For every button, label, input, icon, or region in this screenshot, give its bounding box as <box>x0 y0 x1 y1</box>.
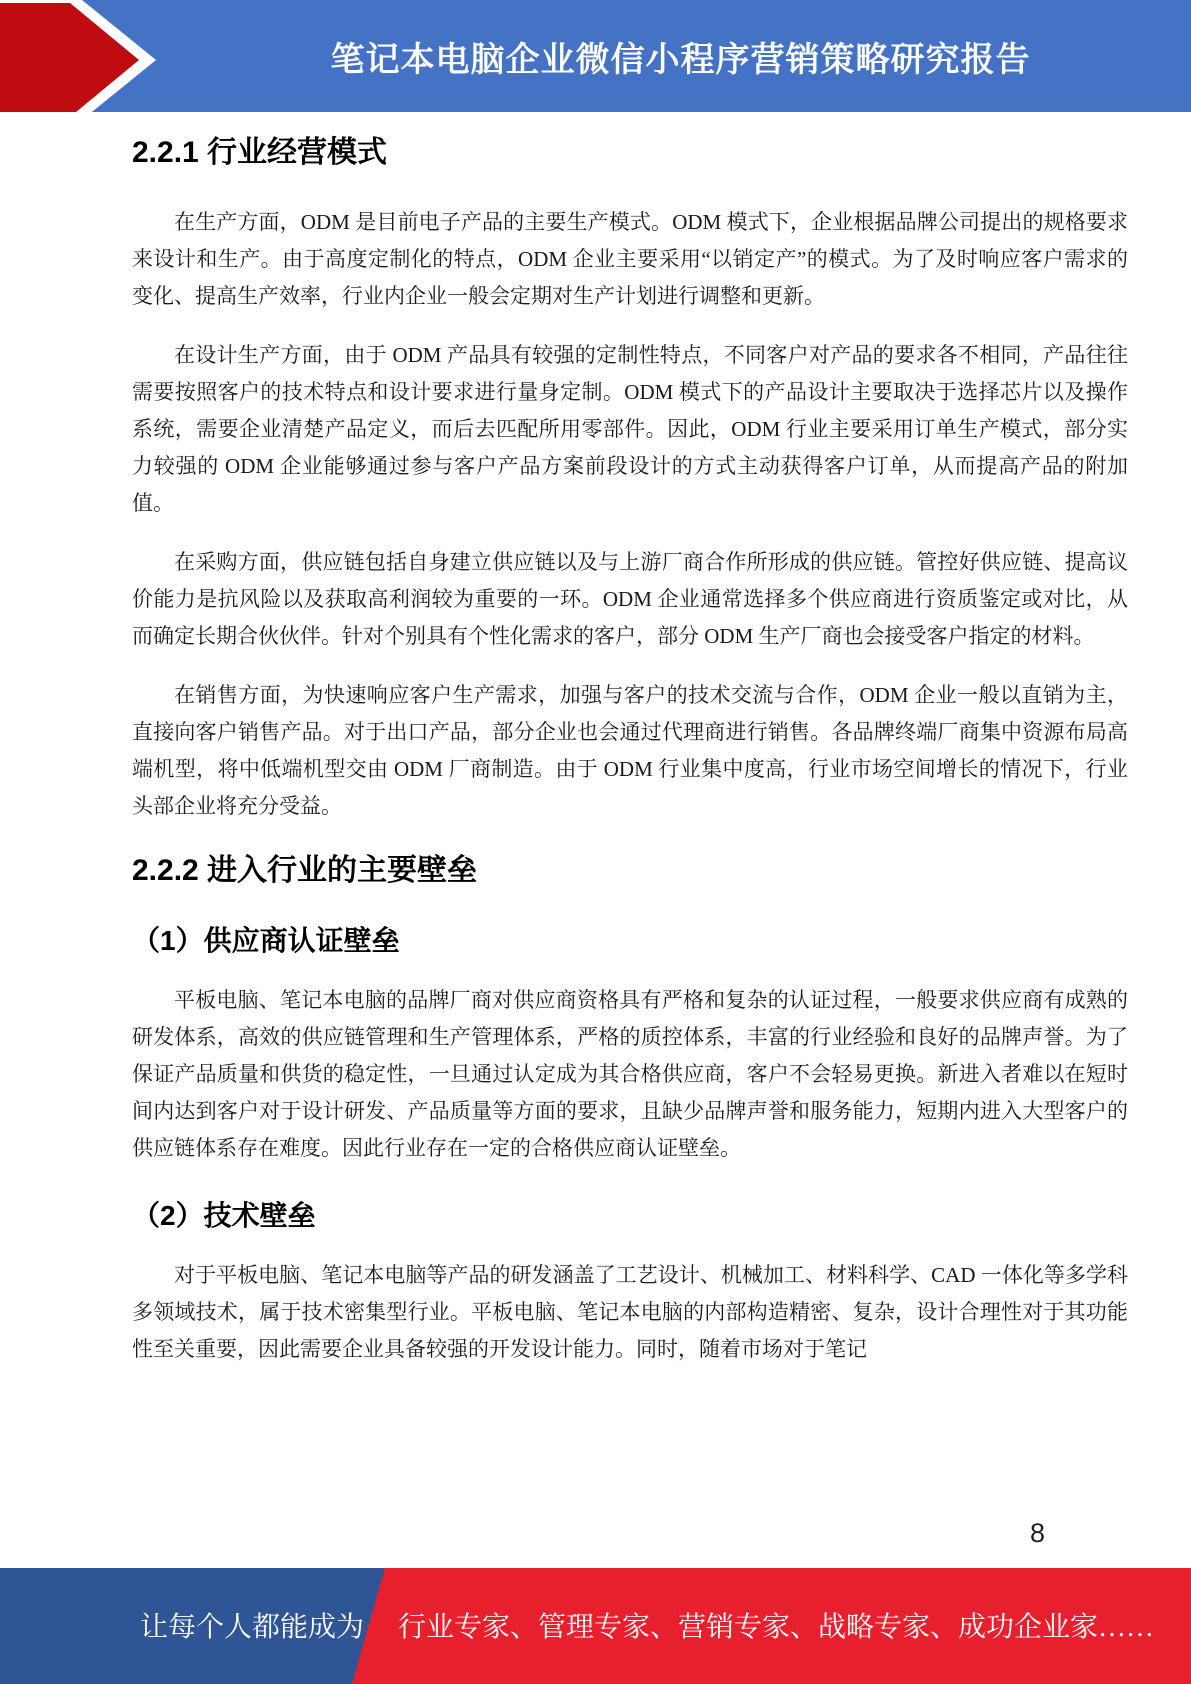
subheading-technology-barrier: （2）技术壁垒 <box>132 1197 1128 1235</box>
section-heading-221: 2.2.1 行业经营模式 <box>132 133 1128 173</box>
red-chevron-arrow-icon <box>0 0 170 112</box>
report-page: 笔记本电脑企业微信小程序营销策略研究报告 2.2.1 行业经营模式 在生产方面，… <box>0 0 1191 1684</box>
paragraph-procurement: 在采购方面，供应链包括自身建立供应链以及与上游厂商合作所形成的供应链。管控好供应… <box>132 544 1128 655</box>
footer-slogan-right: 行业专家、管理专家、营销专家、战略专家、成功企业家…… <box>398 1610 1154 1646</box>
footer-slogan-left: 让每个人都能成为 <box>140 1610 364 1646</box>
document-content: 2.2.1 行业经营模式 在生产方面，ODM 是目前电子产品的主要生产模式。OD… <box>0 112 1191 1368</box>
header-banner: 笔记本电脑企业微信小程序营销策略研究报告 <box>0 0 1191 112</box>
paragraph-design: 在设计生产方面，由于 ODM 产品具有较强的定制性特点，不同客户对产品的要求各不… <box>132 337 1128 522</box>
section-heading-222: 2.2.2 进入行业的主要壁垒 <box>132 851 1128 891</box>
paragraph-technology: 对于平板电脑、笔记本电脑等产品的研发涵盖了工艺设计、机械加工、材料科学、CAD … <box>132 1257 1128 1368</box>
paragraph-production: 在生产方面，ODM 是目前电子产品的主要生产模式。ODM 模式下，企业根据品牌公… <box>132 204 1128 315</box>
paragraph-sales: 在销售方面，为快速响应客户生产需求，加强与客户的技术交流与合作，ODM 企业一般… <box>132 677 1128 825</box>
subheading-supplier-certification-barrier: （1）供应商认证壁垒 <box>132 922 1128 960</box>
page-number: 8 <box>1030 1518 1045 1549</box>
page-title: 笔记本电脑企业微信小程序营销策略研究报告 <box>170 0 1191 112</box>
paragraph-supplier-certification: 平板电脑、笔记本电脑的品牌厂商对供应商资格具有严格和复杂的认证过程，一般要求供应… <box>132 982 1128 1167</box>
footer-banner: 让每个人都能成为 行业专家、管理专家、营销专家、战略专家、成功企业家…… <box>0 1568 1191 1684</box>
